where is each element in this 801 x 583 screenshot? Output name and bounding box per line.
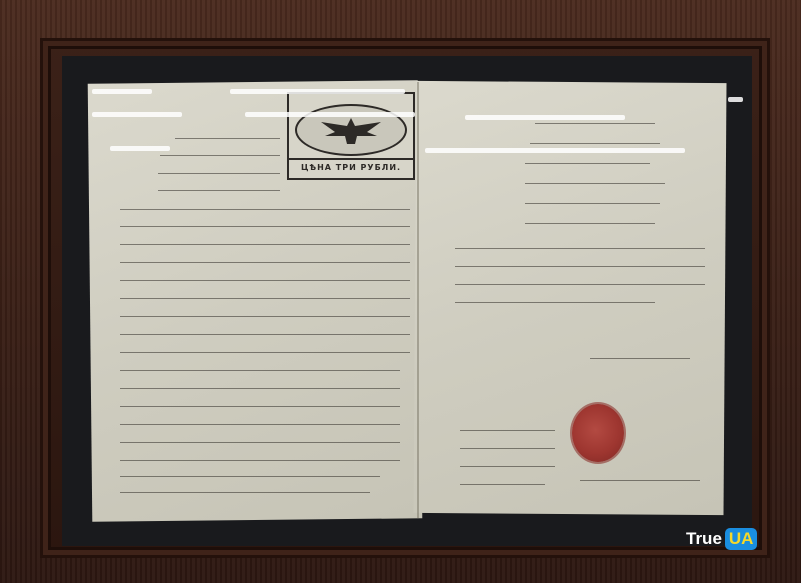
page-fold xyxy=(417,82,419,518)
revenue-stamp: ЦѢНА ТРИ РУБЛИ. xyxy=(287,92,415,180)
document-right-page xyxy=(413,81,726,515)
red-wax-seal xyxy=(572,404,624,462)
stamp-price-text: ЦѢНА ТРИ РУБЛИ. xyxy=(289,158,413,176)
watermark-badge: UA xyxy=(725,528,758,550)
trueua-watermark: True UA xyxy=(686,528,757,550)
watermark-text: True xyxy=(686,529,722,549)
